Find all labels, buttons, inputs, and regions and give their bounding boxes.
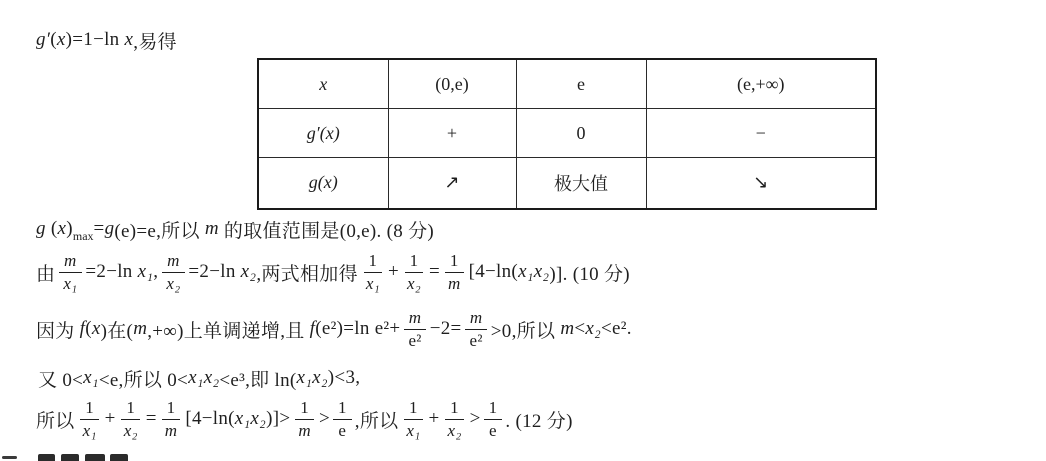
decreasing-arrow-icon: ↘ (646, 158, 876, 209)
line-final-inequality: 所以1x₁+1x₂=1m[4−ln(x₁x₂)]>1m>1e,所以1x₁+1x₂… (36, 394, 573, 444)
table-row-g: g(x) ↗ 极大值 ↘ (258, 158, 876, 209)
line-g-prime-intro: g′(x)=1−ln x,易得 (36, 26, 177, 54)
table-row-g-prime: g′(x) + 0 − (258, 109, 876, 158)
label-g: g(x) (258, 158, 388, 209)
label-g-prime: g′(x) (258, 109, 388, 158)
clipped-mark (2, 456, 17, 459)
line-monotonic-argument: 因为 f(x)在(m,+∞)上单调递增,且 f(e²)=ln e²+me²−2=… (36, 304, 632, 354)
header-x: x (258, 59, 388, 109)
interval-0-e: (0,e) (388, 59, 516, 109)
increasing-arrow-icon: ↗ (388, 158, 516, 209)
page: { "page": { "background": "#ffffff", "te… (0, 0, 1046, 461)
line-sum-equation: 由mx₁=2−ln x₁,mx₂=2−ln x₂,两式相加得1x₁+1x₂=1m… (36, 248, 630, 296)
sign-negative: − (646, 109, 876, 158)
variation-table: x (0,e) e (e,+∞) g′(x) + 0 − g(x) ↗ 极大值 … (257, 58, 877, 210)
table-row-x: x (0,e) e (e,+∞) (258, 59, 876, 109)
point-e: e (516, 59, 646, 109)
line-g-max-range: g (x)max=g(e)=e,所以 m 的取值范围是(0,e). (8 分) (36, 214, 434, 244)
sign-positive: + (388, 109, 516, 158)
sign-zero: 0 (516, 109, 646, 158)
interval-e-infinity: (e,+∞) (646, 59, 876, 109)
line-product-bound: 又 0<x₁<e,所以 0<x₁x₂<e³,即 ln(x₁x₂)<3, (38, 366, 360, 390)
clipped-bottom-text (0, 452, 220, 461)
maximum-label: 极大值 (516, 158, 646, 209)
